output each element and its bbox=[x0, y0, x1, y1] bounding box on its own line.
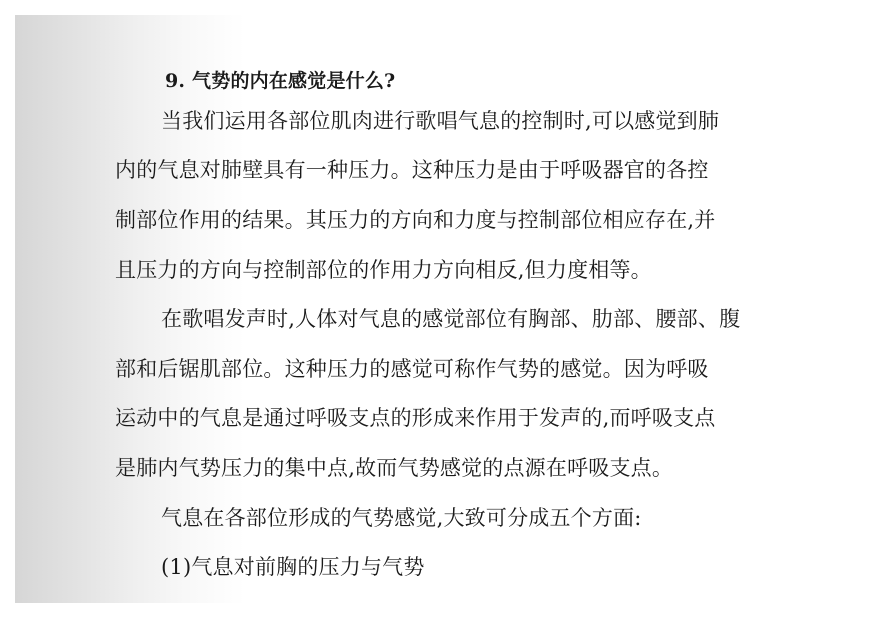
paragraph-2-line-2: 部和后锯肌部位。这种压力的感觉可称作气势的感觉。因为呼吸 bbox=[115, 355, 709, 383]
paragraph-2-line-3: 运动中的气息是通过呼吸支点的形成来作用于发声的,而呼吸支点 bbox=[115, 404, 715, 432]
list-item-1: (1)气息对前胸的压力与气势 bbox=[115, 553, 425, 581]
book-page: 9. 气势的内在感觉是什么? 当我们运用各部位肌肉进行歌唱气息的控制时,可以感觉… bbox=[15, 15, 870, 603]
paragraph-2-line-1: 在歌唱发声时,人体对气息的感觉部位有胸部、肋部、腰部、腹 bbox=[115, 305, 740, 333]
section-heading: 9. 气势的内在感觉是什么? bbox=[165, 67, 395, 95]
paragraph-3-line-1: 气息在各部位形成的气势感觉,大致可分成五个方面: bbox=[115, 504, 642, 532]
paragraph-1-line-3: 制部位作用的结果。其压力的方向和力度与控制部位相应存在,并 bbox=[115, 206, 715, 234]
paragraph-1-line-1: 当我们运用各部位肌肉进行歌唱气息的控制时,可以感觉到肺 bbox=[115, 107, 719, 135]
paragraph-2-line-4: 是肺内气势压力的集中点,故而气势感觉的点源在呼吸支点。 bbox=[115, 454, 673, 482]
paragraph-1-line-2: 内的气息对肺壁具有一种压力。这种压力是由于呼吸器官的各控 bbox=[115, 156, 709, 184]
paragraph-1-line-4: 且压力的方向与控制部位的作用力方向相反,但力度相等。 bbox=[115, 256, 652, 284]
